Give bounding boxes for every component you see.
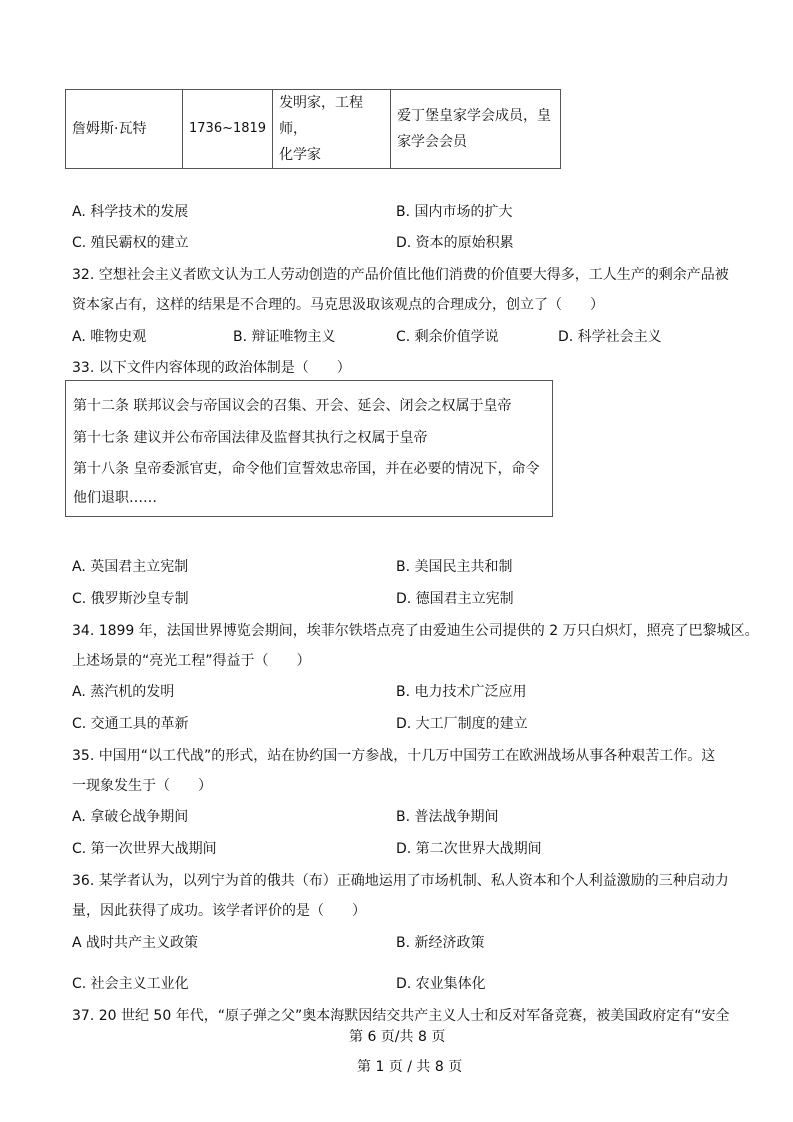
- q36-option-c: C. 社会主义工业化: [72, 974, 189, 994]
- q36-stem-line-2: 量，因此获得了成功。该学者评价的是（ ）: [72, 901, 366, 921]
- q32-option-a: A. 唯物史观: [72, 327, 146, 347]
- q33-option-c: C. 俄罗斯沙皇专制: [72, 589, 189, 609]
- q31-option-b: B. 国内市场的扩大: [396, 202, 513, 222]
- q35-option-a: A. 拿破仑战争期间: [72, 807, 188, 827]
- document-line-1: 第十二条 联邦议会与帝国议会的召集、开会、延会、闭会之权属于皇帝: [73, 396, 511, 416]
- q37-stem-line-1: 37. 20 世纪 50 年代，“原子弹之父”奥本海默因结交共产主义人士和反对军…: [72, 1006, 729, 1026]
- inner-page-number: 第 6 页/共 8 页: [349, 1027, 445, 1047]
- scientist-name: 詹姆斯·瓦特: [72, 121, 146, 137]
- document-line-2: 第十七条 建议并公布帝国法律及监督其执行之权属于皇帝: [73, 428, 427, 448]
- q32-stem-line-2: 资本家占有，这样的结果是不合理的。马克思汲取该观点的合理成分，创立了（ ）: [72, 295, 604, 315]
- q35-option-b: B. 普法战争期间: [396, 807, 499, 827]
- q33-option-b: B. 美国民主共和制: [396, 557, 513, 577]
- q35-option-c: C. 第一次世界大战期间: [72, 839, 217, 859]
- q31-option-d: D. 资本的原始积累: [396, 233, 514, 253]
- q34-option-a: A. 蒸汽机的发明: [72, 682, 174, 702]
- honors-line-2: 家学会会员: [397, 129, 554, 155]
- document-line-4: 他们退职……: [73, 488, 157, 508]
- q34-stem-line-2: 上述场景的“亮光工程”得益于（ ）: [72, 651, 311, 671]
- q33-option-a: A. 英国君主立宪制: [72, 557, 188, 577]
- q35-stem-line-1: 35. 中国用“以工代战”的形式，站在协约国一方参战，十几万中国劳工在欧洲战场从…: [72, 746, 715, 766]
- q36-option-a: A 战时共产主义政策: [72, 933, 198, 953]
- cell-honors: 爱丁堡皇家学会成员，皇 家学会会员: [391, 90, 561, 169]
- q36-option-b: B. 新经济政策: [396, 933, 485, 953]
- scientist-table: 詹姆斯·瓦特 1736~1819 发明家，工程师， 化学家 爱丁堡皇家学会成员，…: [65, 89, 561, 169]
- q36-option-d: D. 农业集体化: [396, 974, 486, 994]
- occupation-line-1: 发明家，工程师，: [279, 90, 384, 142]
- q34-stem-line-1: 34. 1899 年，法国世界博览会期间，埃菲尔铁塔点亮了由爱迪生公司提供的 2…: [72, 621, 759, 641]
- q34-option-c: C. 交通工具的革新: [72, 714, 189, 734]
- q31-option-a: A. 科学技术的发展: [72, 202, 188, 222]
- q35-option-d: D. 第二次世界大战期间: [396, 839, 542, 859]
- scientist-years: 1736~1819: [189, 121, 266, 136]
- document-line-3: 第十八条 皇帝委派官吏，命令他们宣誓效忠帝国，并在必要的情况下，命令: [73, 459, 539, 479]
- q31-option-c: C. 殖民霸权的建立: [72, 233, 189, 253]
- outer-page-number: 第 1 页 / 共 8 页: [357, 1057, 462, 1077]
- q34-option-b: B. 电力技术广泛应用: [396, 682, 527, 702]
- cell-years: 1736~1819: [183, 90, 273, 169]
- q33-document-box: 第十二条 联邦议会与帝国议会的召集、开会、延会、闭会之权属于皇帝 第十七条 建议…: [65, 380, 553, 517]
- q32-option-d: D. 科学社会主义: [558, 327, 662, 347]
- cell-occupation: 发明家，工程师， 化学家: [273, 90, 391, 169]
- cell-name: 詹姆斯·瓦特: [66, 90, 183, 169]
- q36-stem-line-1: 36. 某学者认为，以列宁为首的俄共（布）正确地运用了市场机制、私人资本和个人利…: [72, 871, 729, 891]
- occupation-line-2: 化学家: [279, 142, 384, 168]
- q32-option-c: C. 剩余价值学说: [396, 327, 499, 347]
- q33-stem: 33. 以下文件内容体现的政治体制是（ ）: [72, 358, 351, 378]
- q32-option-b: B. 辩证唯物主义: [233, 327, 336, 347]
- q33-option-d: D. 德国君主立宪制: [396, 589, 514, 609]
- table-row: 詹姆斯·瓦特 1736~1819 发明家，工程师， 化学家 爱丁堡皇家学会成员，…: [66, 90, 561, 169]
- honors-line-1: 爱丁堡皇家学会成员，皇: [397, 103, 554, 129]
- q35-stem-line-2: 一现象发生于（ ）: [72, 776, 212, 796]
- q34-option-d: D. 大工厂制度的建立: [396, 714, 528, 734]
- q32-stem-line-1: 32. 空想社会主义者欧文认为工人劳动创造的产品价值比他们消费的价值要大得多，工…: [72, 265, 729, 285]
